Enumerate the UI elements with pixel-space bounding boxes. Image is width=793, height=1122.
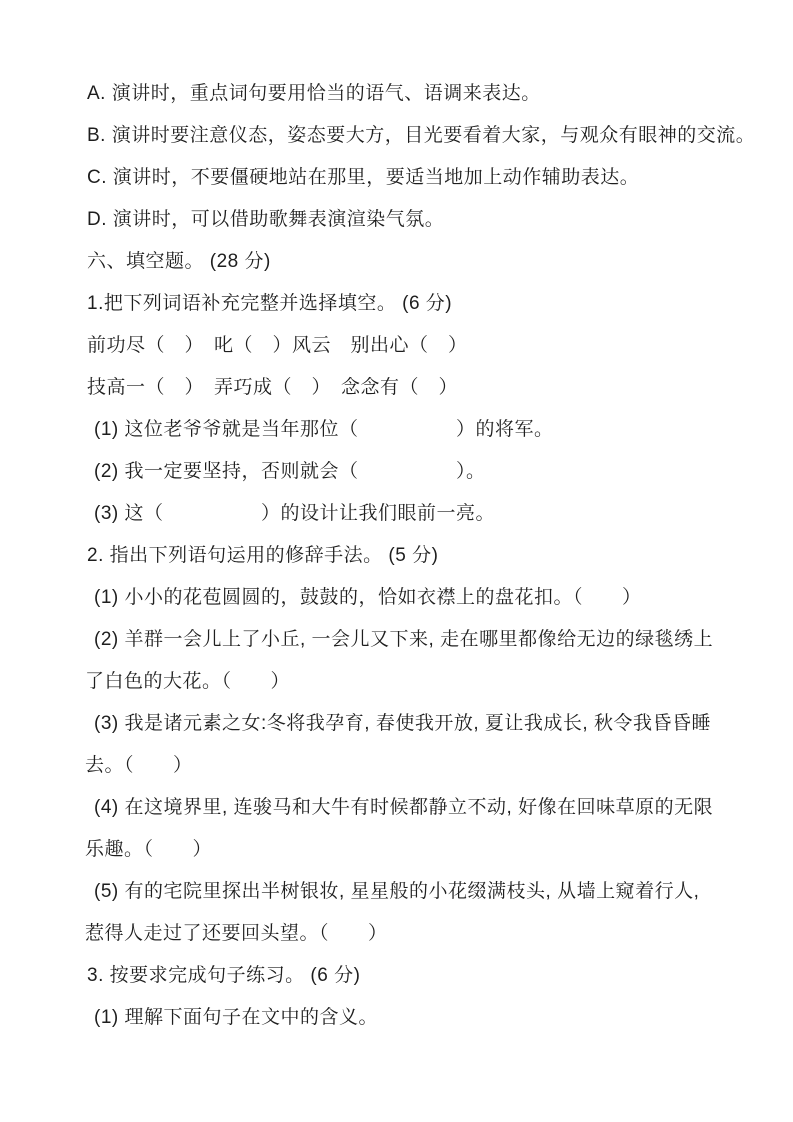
section-six-heading: 六、填空题。 (28 分)	[85, 241, 763, 283]
q2-item-2-line-2: 了白色的大花。（ ）	[85, 661, 763, 703]
q1-word-blanks-row-2: 技高一（ ） 弄巧成（ ） 念念有（ ）	[85, 367, 763, 409]
option-a-line: A. 演讲时，重点词句要用恰当的语气、语调来表达。	[85, 73, 763, 115]
q2-item-2-line-1: (2) 羊群一会儿上了小丘, 一会儿又下来, 走在哪里都像给无边的绿毯绣上	[85, 619, 763, 661]
q1-sentence-blank-1: (1) 这位老爷爷就是当年那位（ ）的将军。	[85, 409, 763, 451]
q2-item-4-line-1: (4) 在这境界里, 连骏马和大牛有时候都静立不动, 好像在回味草原的无限	[85, 787, 763, 829]
q3-instruction: 3. 按要求完成句子练习。 (6 分)	[85, 955, 763, 997]
exam-page: A. 演讲时，重点词句要用恰当的语气、语调来表达。 B. 演讲时要注意仪态，姿态…	[0, 0, 793, 1122]
q2-item-1: (1) 小小的花苞圆圆的，鼓鼓的，恰如衣襟上的盘花扣。（ ）	[85, 577, 763, 619]
q2-item-3-line-1: (3) 我是诸元素之女:冬将我孕育, 春使我开放, 夏让我成长, 秋令我昏昏睡	[85, 703, 763, 745]
option-c-line: C. 演讲时，不要僵硬地站在那里，要适当地加上动作辅助表达。	[85, 157, 763, 199]
q2-item-4-line-2: 乐趣。（ ）	[85, 829, 763, 871]
q2-instruction: 2. 指出下列语句运用的修辞手法。 (5 分)	[85, 535, 763, 577]
q2-item-3-line-2: 去。（ ）	[85, 745, 763, 787]
option-b-line: B. 演讲时要注意仪态，姿态要大方，目光要看着大家，与观众有眼神的交流。	[85, 115, 763, 157]
q2-item-5-line-1: (5) 有的宅院里探出半树银妆, 星星般的小花缀满枝头, 从墙上窥着行人,	[85, 871, 763, 913]
option-d-line: D. 演讲时，可以借助歌舞表演渲染气氛。	[85, 199, 763, 241]
q1-sentence-blank-3: (3) 这（ ）的设计让我们眼前一亮。	[85, 493, 763, 535]
q1-sentence-blank-2: (2) 我一定要坚持，否则就会（ ）。	[85, 451, 763, 493]
q1-word-blanks-row-1: 前功尽（ ） 叱（ ）风云 别出心（ ）	[85, 325, 763, 367]
q2-item-5-line-2: 惹得人走过了还要回头望。（ ）	[85, 913, 763, 955]
q3-item-1: (1) 理解下面句子在文中的含义。	[85, 997, 763, 1039]
q1-instruction: 1.把下列词语补充完整并选择填空。 (6 分)	[85, 283, 763, 325]
